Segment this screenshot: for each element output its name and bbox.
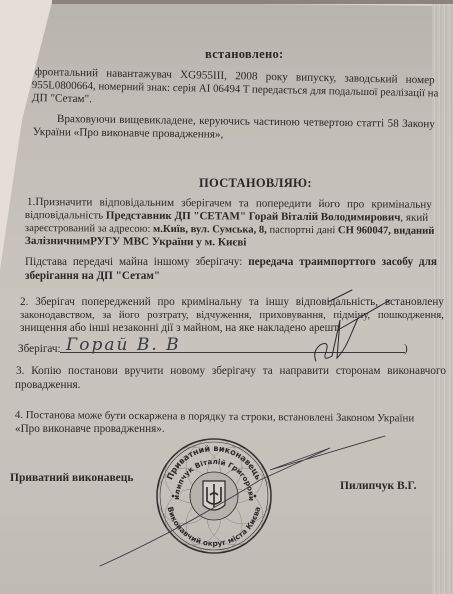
established-line-3: ДП "Сетам". xyxy=(32,92,92,106)
word: новому xyxy=(170,365,205,378)
word: 2. xyxy=(20,296,28,309)
word: навантажувач xyxy=(106,67,172,81)
custodian-name: Представник ДП "СЕТАМ" Горай Віталій Вол… xyxy=(106,210,401,224)
word: Копію xyxy=(31,365,61,378)
word: його xyxy=(119,309,140,322)
word: року xyxy=(266,71,288,84)
text: зареєстрований за адресою: xyxy=(25,223,153,235)
basis-line-2: зберігання на ДП "Сетам" xyxy=(25,270,160,283)
word: зберігачу xyxy=(212,365,256,378)
word: майна xyxy=(119,256,148,269)
word: кримінальну xyxy=(371,198,432,211)
word: статті xyxy=(356,117,384,130)
word: фронтальний xyxy=(35,66,98,80)
word: та xyxy=(263,365,273,378)
item3-line-2: провадження. xyxy=(15,379,80,392)
word: відповідальним xyxy=(99,197,174,211)
word: сторонам xyxy=(336,365,381,378)
word: відповідальність, xyxy=(296,296,378,309)
item2-line-2: законодавством, за його розтрату, відчуж… xyxy=(20,309,444,322)
word: направити xyxy=(280,365,330,378)
word: для xyxy=(419,256,437,269)
word: передачі xyxy=(73,256,113,269)
word: про xyxy=(158,296,175,309)
word: четвертою xyxy=(303,116,353,130)
item3-line-1: 3. Копію постанови вручити новому зберіг… xyxy=(16,365,446,378)
word: 58 xyxy=(387,118,398,131)
word: законодавством, xyxy=(20,309,95,322)
text: відповідальність xyxy=(25,209,106,222)
word: підміну, xyxy=(333,309,370,322)
word: встановлену xyxy=(385,296,444,309)
word: Підстава xyxy=(25,256,67,269)
word: та xyxy=(239,197,249,210)
word: Зберігач xyxy=(35,296,75,309)
word: за xyxy=(102,309,111,322)
passport-data: СН 960047, виданий xyxy=(338,225,434,237)
document-content: встановлено: фронтальний навантажувач XG… xyxy=(0,0,453,594)
considering-line-2: України «Про виконавче провадження», xyxy=(33,126,224,142)
word: передача xyxy=(248,256,293,269)
word: номер xyxy=(406,74,435,88)
word: постанови xyxy=(68,365,118,378)
word: іншу xyxy=(266,296,289,309)
heading-established: встановлено: xyxy=(205,48,284,61)
word: пошкодження, xyxy=(378,309,444,322)
heading-resolve: ПОСТАНОВЛЯЮ: xyxy=(199,177,312,190)
word: попереджений xyxy=(82,296,151,309)
custodian-label: Зберігач: xyxy=(18,343,61,356)
executor-name: Пилипчук В.Г. xyxy=(340,480,416,493)
official-stamp: Приватний виконавець Пилипчук Віталій Гр… xyxy=(155,437,273,555)
word: керуючись xyxy=(199,115,250,129)
word: 2008 xyxy=(235,70,258,83)
word: Закону xyxy=(402,118,435,131)
word: частиною xyxy=(253,116,300,130)
word: 1.Призначити xyxy=(27,196,93,209)
basis-line-1: Підстава передачі майна іншому зберігачу… xyxy=(25,256,437,269)
word: XG955III, xyxy=(180,69,227,83)
item2-line-1: 2. Зберігач попереджений про кримінальну… xyxy=(20,296,444,309)
word: Враховуючи xyxy=(57,113,116,127)
word: зберігачем xyxy=(181,197,232,210)
trident-icon xyxy=(203,481,225,510)
word: кримінальну xyxy=(181,296,242,309)
word: заводський xyxy=(344,72,397,86)
word: його xyxy=(318,198,340,211)
closing-paren: ) xyxy=(404,343,408,356)
word: 3. xyxy=(16,365,24,378)
word: випуску, xyxy=(296,71,337,85)
word: розтрату, xyxy=(147,309,188,322)
word: зберігачу: xyxy=(195,256,242,269)
word: та xyxy=(249,296,259,309)
address: м.Київ, вул. Сумська, 8, xyxy=(153,224,267,236)
word: про xyxy=(347,198,364,211)
executor-title: Приватний виконавець xyxy=(10,472,134,485)
word: засобу xyxy=(382,256,413,269)
word: траимпорттого xyxy=(299,256,375,269)
item1-line-4: ЗалізничнимРУГУ МВС України у м. Києві xyxy=(25,235,247,250)
word: іншому xyxy=(154,256,190,269)
text: , який xyxy=(400,212,428,224)
text: паспортні дані xyxy=(267,225,338,236)
word: попередити xyxy=(256,198,312,211)
word: вищевикладене, xyxy=(119,114,196,128)
word: приховування, xyxy=(259,309,325,322)
handwritten-custodian-name: Горай В. В xyxy=(66,335,181,355)
word: виконавчого xyxy=(387,365,446,378)
item4-line-2: «Про виконавче провадження». xyxy=(15,423,165,436)
word: відчуження, xyxy=(196,309,252,322)
word: вручити xyxy=(125,365,164,378)
item2-line-3: знищення або інші незаконні дії з майном… xyxy=(20,322,340,335)
